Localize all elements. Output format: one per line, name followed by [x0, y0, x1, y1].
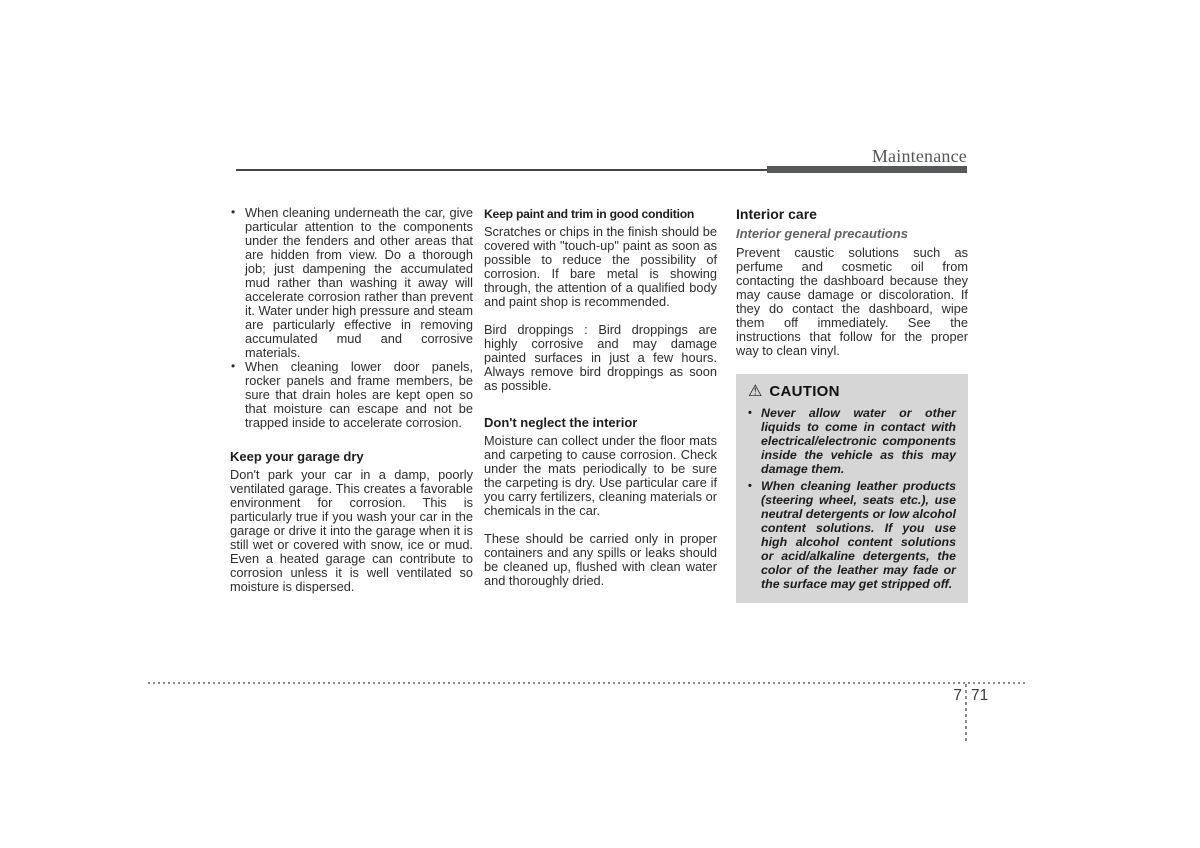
warning-triangle-icon: ⚠: [748, 384, 762, 400]
paragraph-interior-2: These should be carried only in proper c…: [484, 532, 717, 588]
section-heading-interior-neglect: Don't neglect the interior: [484, 415, 717, 431]
header-accent-bar: [767, 166, 967, 173]
paragraph-interior-1: Moisture can collect under the floor mat…: [484, 434, 717, 518]
section-heading-paint: Keep paint and trim in good condition: [484, 206, 717, 222]
column-1: When cleaning underneath the car, give p…: [230, 206, 473, 594]
section-heading-interior-care: Interior care: [736, 206, 968, 223]
caution-title-row: ⚠ CAUTION: [748, 384, 956, 400]
manual-page: Maintenance When cleaning underneath the…: [0, 0, 1200, 848]
caution-title: CAUTION: [769, 385, 839, 399]
paragraph-garage: Don't park your car in a damp, poorly ve…: [230, 468, 473, 594]
list-item: When cleaning underneath the car, give p…: [230, 206, 473, 360]
footer-vertical-dashed-rule: [965, 684, 967, 742]
list-item: When cleaning lower door panels, rocker …: [230, 360, 473, 430]
header-rule: [236, 169, 767, 171]
caution-list-item: When cleaning leather products (steering…: [748, 479, 956, 591]
paragraph-precautions: Prevent caustic solutions such as perfum…: [736, 246, 968, 358]
section-heading-garage: Keep your garage dry: [230, 449, 473, 465]
column-2: Keep paint and trim in good condition Sc…: [484, 206, 717, 588]
page-chapter-number: 7: [930, 687, 962, 705]
paragraph-bird-droppings: Bird droppings : Bird droppings are high…: [484, 323, 717, 393]
running-header-title: Maintenance: [600, 146, 967, 167]
column-3: Interior care Interior general precautio…: [736, 206, 968, 603]
page-number: 71: [971, 687, 1001, 705]
caution-list-item: Never allow water or other liquids to co…: [748, 406, 956, 476]
subsection-heading-precautions: Interior general precautions: [736, 226, 968, 242]
footer-dashed-rule: [148, 682, 1025, 684]
caution-box: ⚠ CAUTION Never allow water or other liq…: [736, 374, 968, 603]
paragraph-paint-1: Scratches or chips in the finish should …: [484, 225, 717, 309]
